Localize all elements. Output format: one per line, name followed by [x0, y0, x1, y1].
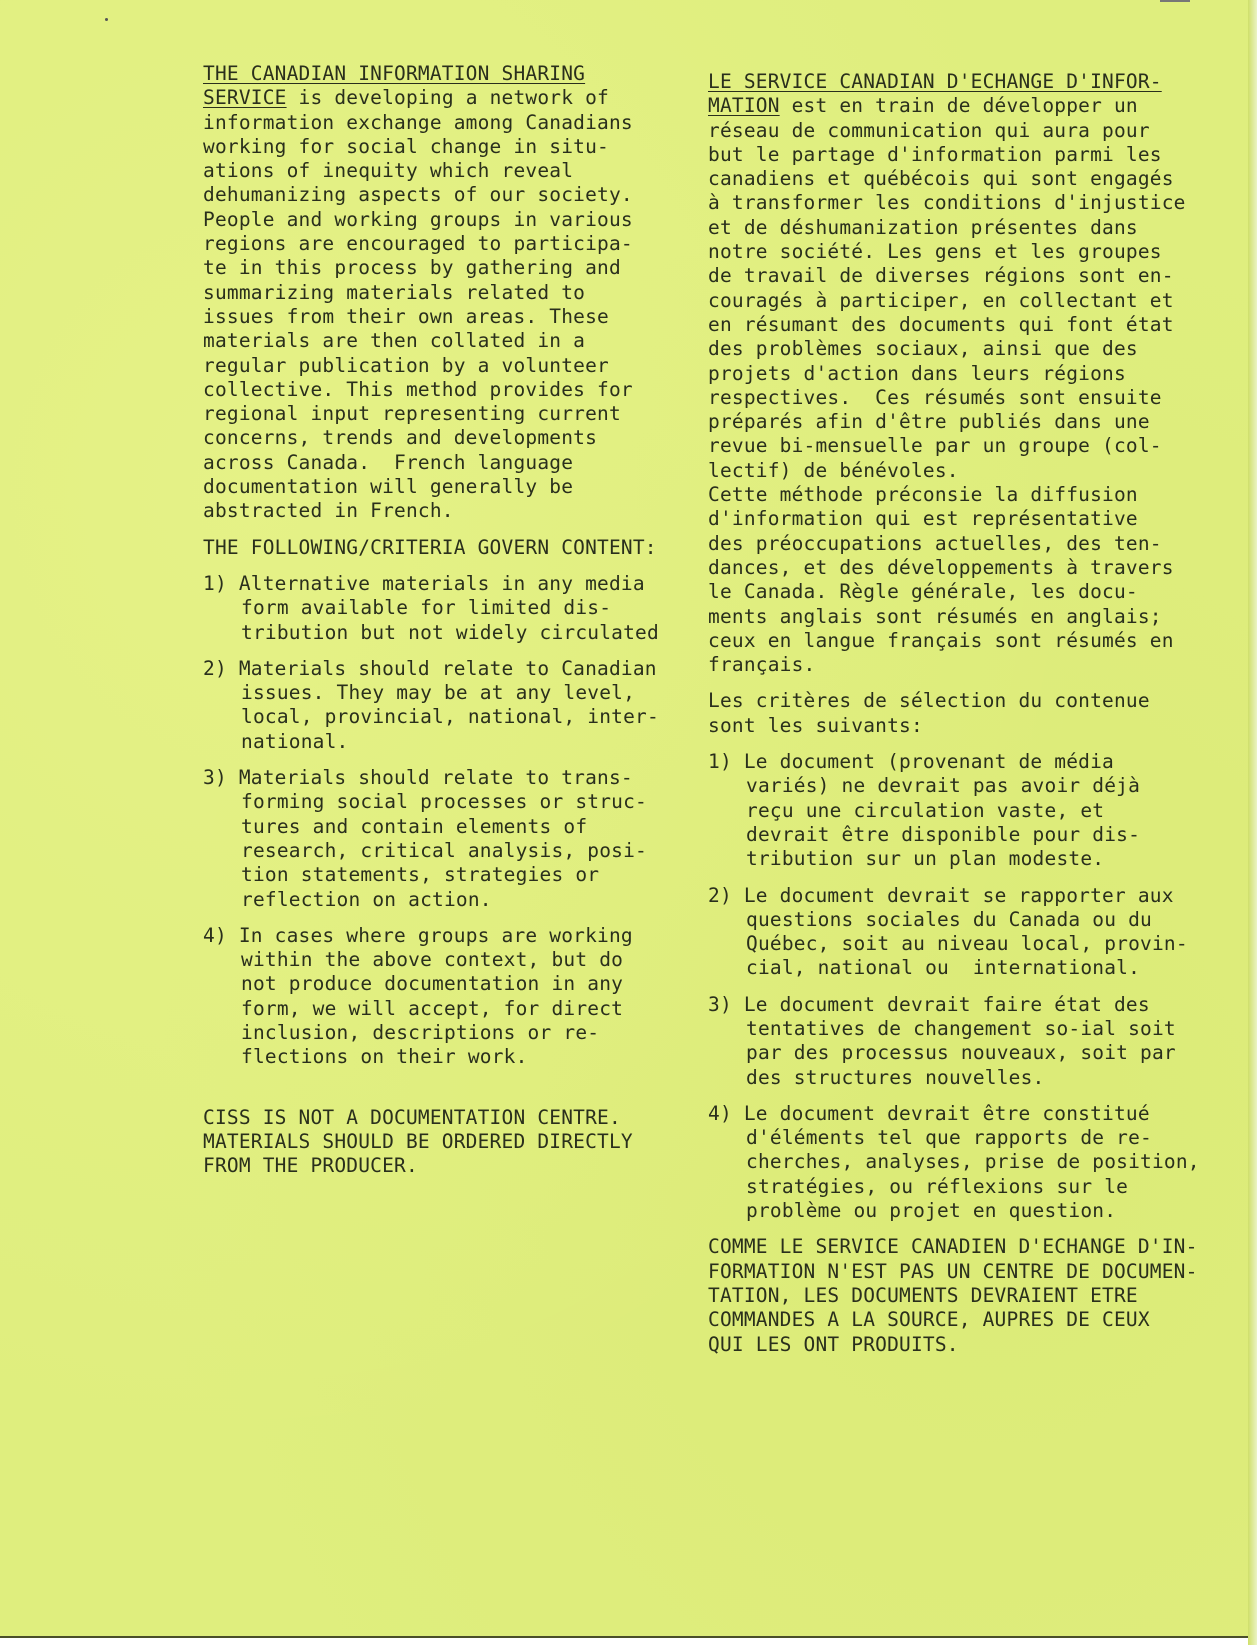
criterion-text: variés) ne devrait pas avoir déjà: [708, 774, 1218, 798]
criterion-text: tribution but not widely circulated: [203, 621, 673, 645]
english-heading-part-1: THE CANADIAN INFORMATION SHARING: [203, 62, 585, 85]
criterion-text: Alternative materials in any media: [239, 572, 645, 595]
french-criteria-heading: Les critères de sélection du contenue so…: [708, 689, 1218, 738]
criterion-text: tion statements, strategies or: [203, 863, 673, 887]
criterion-text: des structures nouvelles.: [708, 1066, 1218, 1090]
criterion-text: not produce documentation in any: [203, 972, 673, 996]
english-criteria-list: 1) Alternative materials in any mediafor…: [203, 572, 673, 1082]
english-notice: CISS IS NOT A DOCUMENTATION CENTRE. MATE…: [203, 1106, 673, 1179]
french-criterion-1: 1) Le document (provenant de médiavariés…: [708, 750, 1218, 883]
paper-speck: [105, 18, 108, 21]
french-criterion-3: 3) Le document devrait faire état desten…: [708, 993, 1218, 1102]
page-edge-shadow: [1248, 0, 1257, 1645]
french-column: LE SERVICE CANADIAN D'ECHANGE D'INFOR- M…: [708, 70, 1218, 1357]
criterion-number: 2): [203, 657, 239, 680]
french-criterion-2: 2) Le document devrait se rapporter auxq…: [708, 884, 1218, 993]
criterion-text: par des processus nouveaux, soit par: [708, 1041, 1218, 1065]
criterion-text: stratégies, ou réflexions sur le: [708, 1175, 1218, 1199]
criterion-number: 3): [708, 993, 744, 1016]
english-criterion-3: 3) Materials should relate to trans-form…: [203, 766, 673, 924]
criterion-text: Le document (provenant de média: [744, 750, 1114, 773]
french-notice: COMME LE SERVICE CANADIEN D'ECHANGE D'IN…: [708, 1235, 1218, 1356]
criterion-number: 1): [708, 750, 744, 773]
english-criterion-2: 2) Materials should relate to Canadianis…: [203, 657, 673, 766]
french-criterion-4: 4) Le document devrait être constituéd'é…: [708, 1102, 1218, 1235]
english-intro-line-2-rest: is developing a network of: [287, 86, 609, 109]
criterion-text: national.: [203, 730, 673, 754]
document-page: THE CANADIAN INFORMATION SHARING SERVICE…: [0, 0, 1248, 1638]
criterion-text: form available for limited dis-: [203, 596, 673, 620]
criterion-text: Le document devrait être constitué: [744, 1102, 1150, 1125]
criterion-text: reçu une circulation vaste, et: [708, 799, 1218, 823]
criterion-text: issues. They may be at any level,: [203, 681, 673, 705]
criterion-text: questions sociales du Canada ou du: [708, 908, 1218, 932]
english-intro: THE CANADIAN INFORMATION SHARING SERVICE…: [203, 62, 673, 524]
french-criteria-list: 1) Le document (provenant de médiavariés…: [708, 750, 1218, 1235]
french-heading-part-1: LE SERVICE CANADIAN D'ECHANGE D'INFOR-: [708, 70, 1162, 93]
criterion-text: local, provincial, national, inter-: [203, 705, 673, 729]
english-criteria-heading: THE FOLLOWING/CRITERIA GOVERN CONTENT:: [203, 536, 673, 560]
criterion-text: Materials should relate to trans-: [239, 766, 633, 789]
french-intro-line-2-rest: est en train de développer un: [780, 94, 1138, 117]
english-heading-part-2: SERVICE: [203, 86, 287, 109]
criterion-text: inclusion, descriptions or re-: [203, 1021, 673, 1045]
french-intro: LE SERVICE CANADIAN D'ECHANGE D'INFOR- M…: [708, 70, 1218, 677]
criterion-text: cherches, analyses, prise de position,: [708, 1150, 1218, 1174]
criterion-text: form, we will accept, for direct: [203, 997, 673, 1021]
criterion-text: reflection on action.: [203, 888, 673, 912]
criterion-text: d'éléments tel que rapports de re-: [708, 1126, 1218, 1150]
criterion-text: forming social processes or struc-: [203, 790, 673, 814]
criterion-number: 4): [708, 1102, 744, 1125]
criterion-number: 4): [203, 924, 239, 947]
criterion-text: tures and contain elements of: [203, 815, 673, 839]
english-criterion-4: 4) In cases where groups are workingwith…: [203, 924, 673, 1082]
criterion-number: 2): [708, 884, 744, 907]
criterion-text: Materials should relate to Canadian: [239, 657, 657, 680]
criterion-text: Le document devrait se rapporter aux: [744, 884, 1174, 907]
criterion-text: tentatives de changement so-ial soit: [708, 1017, 1218, 1041]
french-heading-part-2: MATION: [708, 94, 780, 117]
scan-mark: [1160, 0, 1190, 2]
criterion-text: problème ou projet en question.: [708, 1199, 1218, 1223]
criterion-text: flections on their work.: [203, 1045, 673, 1069]
criterion-text: devrait être disponible pour dis-: [708, 823, 1218, 847]
criterion-text: within the above context, but do: [203, 948, 673, 972]
criterion-number: 1): [203, 572, 239, 595]
english-column: THE CANADIAN INFORMATION SHARING SERVICE…: [203, 62, 673, 1178]
criterion-text: research, critical analysis, posi-: [203, 839, 673, 863]
criterion-text: Québec, soit au niveau local, provin-: [708, 932, 1218, 956]
criterion-text: tribution sur un plan modeste.: [708, 847, 1218, 871]
criterion-number: 3): [203, 766, 239, 789]
criterion-text: cial, national ou international.: [708, 956, 1218, 980]
criterion-text: In cases where groups are working: [239, 924, 633, 947]
criterion-text: Le document devrait faire état des: [744, 993, 1150, 1016]
english-criterion-1: 1) Alternative materials in any mediafor…: [203, 572, 673, 657]
